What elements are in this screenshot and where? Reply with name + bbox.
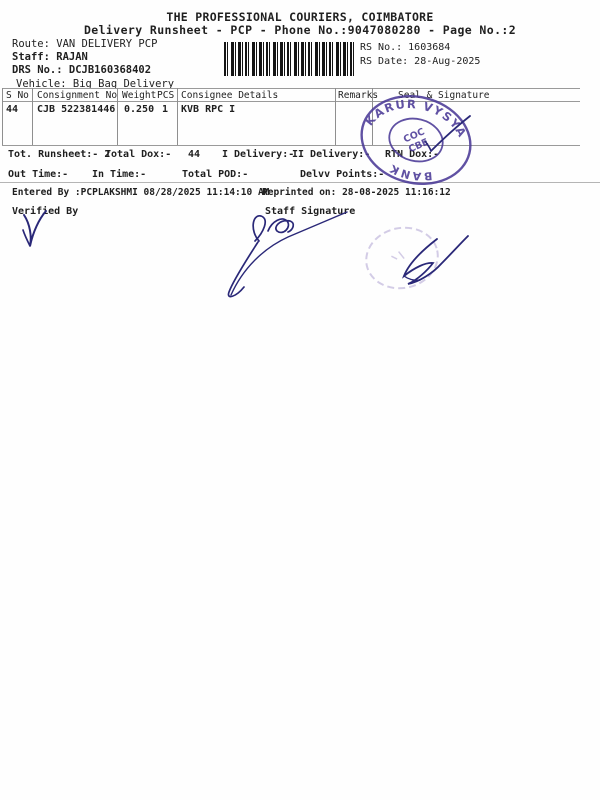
staff-signature-label: Staff Signature (265, 206, 355, 217)
staff-signature-ink (228, 242, 258, 297)
footer-divider (0, 182, 600, 183)
staff-label: Staff: RAJAN (12, 51, 88, 63)
total-pod: Total POD:- (182, 169, 248, 180)
staff-signature-ink (253, 216, 265, 241)
col-header-consignment: Consignment No (37, 90, 117, 101)
runsheet-barcode (224, 42, 355, 76)
in-time: In Time:- (92, 169, 146, 180)
runsheet-title: Delivery Runsheet - PCP - Phone No.:9047… (0, 23, 600, 37)
cell-weight: 0.250 (124, 104, 154, 115)
verified-by-signature (23, 230, 30, 246)
col-header-weight: Weight (122, 90, 156, 101)
rs-no: RS No.: 1603684 (360, 42, 450, 53)
table-vline (117, 88, 118, 145)
table-header-border (2, 101, 580, 102)
entered-by: Entered By :PCPLAKSHMI 08/28/2025 11:14:… (12, 187, 269, 198)
table-vline (2, 88, 3, 145)
table-bottom-border (2, 145, 580, 146)
rs-date: RS Date: 28-Aug-2025 (360, 56, 480, 67)
table-vline (177, 88, 178, 145)
col-header-pcs: PCS (157, 90, 174, 101)
cell-consignment: CJB 522381446 (37, 104, 115, 115)
i-delivery: I Delivery:- (222, 149, 294, 160)
total-dox-value: 44 (188, 149, 200, 160)
signatures-layer (0, 0, 600, 800)
company-title: THE PROFESSIONAL COURIERS, COIMBATORE (0, 10, 600, 24)
faint-round-stamp (356, 216, 448, 299)
drs-no-label: DRS No.: DCJB160368402 (12, 64, 151, 76)
out-time: Out Time:- (8, 169, 68, 180)
cell-sno: 44 (6, 104, 18, 115)
staff-signature-ink (268, 219, 293, 232)
cell-pcs: 1 (162, 104, 168, 115)
col-header-sno: S No (6, 90, 29, 101)
scanned-delivery-runsheet: THE PROFESSIONAL COURIERS, COIMBATORE De… (0, 0, 600, 800)
table-vline (32, 88, 33, 145)
total-dox-label: Total Dox:- (105, 149, 171, 160)
col-header-consignee: Consignee Details (181, 90, 278, 101)
route-label: Route: VAN DELIVERY PCP (12, 38, 157, 50)
table-vline (335, 88, 336, 145)
staff-signature-ink (231, 212, 347, 295)
table-top-border (2, 88, 580, 89)
total-runsheet: Tot. Runsheet:- 2 (8, 149, 110, 160)
cell-consignee: KVB RPC I (181, 104, 235, 115)
verified-by-label: Verified By (12, 206, 78, 217)
